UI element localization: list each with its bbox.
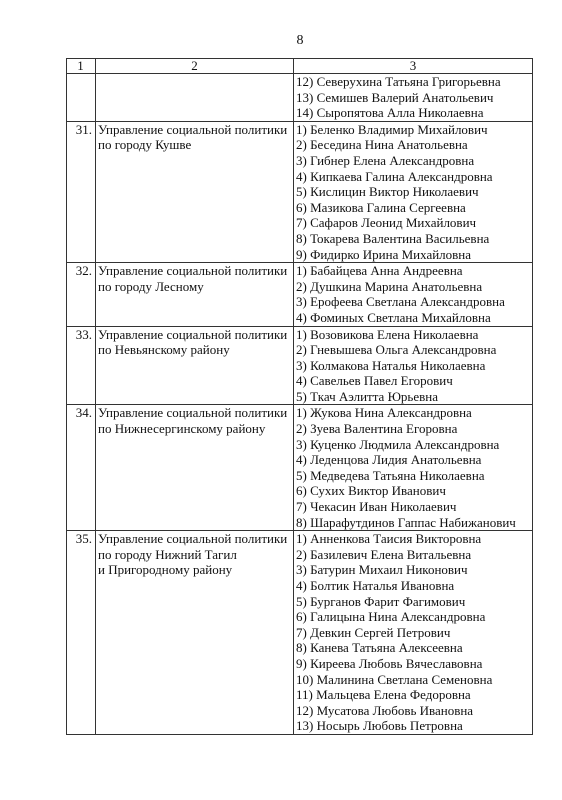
table-row: 32.Управление социальной политикипо горо… [67, 263, 533, 326]
member-name: 1) Жукова Нина Александровна [296, 405, 530, 421]
header-col-1: 1 [67, 59, 96, 74]
member-name: 4) Леденцова Лидия Анатольевна [296, 452, 530, 468]
row-number: 34. [67, 405, 96, 531]
header-col-3: 3 [294, 59, 533, 74]
member-name: 2) Беседина Нина Анатольевна [296, 137, 530, 153]
member-name: 3) Гибнер Елена Александровна [296, 153, 530, 169]
organization-line: Управление социальной политики [98, 122, 291, 138]
member-name: 4) Болтик Наталья Ивановна [296, 578, 530, 594]
organization-line: Управление социальной политики [98, 531, 291, 547]
member-name: 3) Батурин Михаил Никонович [296, 562, 530, 578]
member-name: 4) Савельев Павел Егорович [296, 373, 530, 389]
member-name: 12) Северухина Татьяна Григорьевна [296, 74, 530, 90]
members-cell: 1) Жукова Нина Александровна2) Зуева Вал… [294, 405, 533, 531]
organization-line: по Нижнесергинскому району [98, 421, 291, 437]
member-name: 13) Носырь Любовь Петровна [296, 718, 530, 734]
organization-cell: Управление социальной политикипо городу … [96, 263, 294, 326]
page-number: 8 [0, 33, 562, 49]
organization-line: и Пригородному району [98, 562, 291, 578]
members-cell: 1) Возовикова Елена Николаевна2) Гневыше… [294, 326, 533, 405]
member-name: 13) Семишев Валерий Анатольевич [296, 90, 530, 106]
organization-cell: Управление социальной политикипо Нижнесе… [96, 405, 294, 531]
organization-cell: Управление социальной политикипо городу … [96, 121, 294, 262]
member-name: 12) Мусатова Любовь Ивановна [296, 703, 530, 719]
row-number: 32. [67, 263, 96, 326]
member-name: 3) Куценко Людмила Александровна [296, 437, 530, 453]
table-header-row: 1 2 3 [67, 59, 533, 74]
member-name: 3) Колмакова Наталья Николаевна [296, 358, 530, 374]
member-name: 1) Анненкова Таисия Викторовна [296, 531, 530, 547]
members-cell: 1) Бабайцева Анна Андреевна2) Душкина Ма… [294, 263, 533, 326]
member-name: 1) Бабайцева Анна Андреевна [296, 263, 530, 279]
member-name: 7) Чекасин Иван Николаевич [296, 499, 530, 515]
member-name: 5) Ткач Аэлитта Юрьевна [296, 389, 530, 405]
organization-cell: Управление социальной политикипо Невьянс… [96, 326, 294, 405]
table-row: 33.Управление социальной политикипо Невь… [67, 326, 533, 405]
member-name: 1) Возовикова Елена Николаевна [296, 327, 530, 343]
member-name: 5) Бурганов Фарит Фагимович [296, 594, 530, 610]
member-name: 2) Гневышева Ольга Александровна [296, 342, 530, 358]
table-row: 12) Северухина Татьяна Григорьевна13) Се… [67, 74, 533, 122]
member-name: 3) Ерофеева Светлана Александровна [296, 294, 530, 310]
organization-line: по Невьянскому району [98, 342, 291, 358]
member-name: 2) Душкина Марина Анатольевна [296, 279, 530, 295]
member-name: 9) Фидирко Ирина Михайловна [296, 247, 530, 263]
members-cell: 1) Анненкова Таисия Викторовна2) Базилев… [294, 531, 533, 735]
member-name: 4) Фоминых Светлана Михайловна [296, 310, 530, 326]
member-name: 9) Киреева Любовь Вячеславовна [296, 656, 530, 672]
member-name: 6) Галицына Нина Александровна [296, 609, 530, 625]
organization-line: Управление социальной политики [98, 405, 291, 421]
organization-line: по городу Кушве [98, 137, 291, 153]
member-name: 1) Беленко Владимир Михайлович [296, 122, 530, 138]
member-name: 8) Токарева Валентина Васильевна [296, 231, 530, 247]
table-row: 35.Управление социальной политикипо горо… [67, 531, 533, 735]
commission-table: 1 2 3 12) Северухина Татьяна Григорьевна… [66, 58, 533, 735]
member-name: 6) Сухих Виктор Иванович [296, 483, 530, 499]
row-number [67, 74, 96, 122]
organization-cell: Управление социальной политикипо городу … [96, 531, 294, 735]
member-name: 5) Медведева Татьяна Николаевна [296, 468, 530, 484]
organization-line: Управление социальной политики [98, 263, 291, 279]
member-name: 4) Кипкаева Галина Александровна [296, 169, 530, 185]
member-name: 8) Шарафутдинов Гаппас Набижанович [296, 515, 530, 531]
organization-line: Управление социальной политики [98, 327, 291, 343]
member-name: 8) Канева Татьяна Алексеевна [296, 640, 530, 656]
organization-line: по городу Нижний Тагил [98, 547, 291, 563]
member-name: 2) Базилевич Елена Витальевна [296, 547, 530, 563]
member-name: 7) Девкин Сергей Петрович [296, 625, 530, 641]
member-name: 5) Кислицин Виктор Николаевич [296, 184, 530, 200]
member-name: 10) Малинина Светлана Семеновна [296, 672, 530, 688]
organization-line: по городу Лесному [98, 279, 291, 295]
member-name: 7) Сафаров Леонид Михайлович [296, 215, 530, 231]
header-col-2: 2 [96, 59, 294, 74]
table-row: 31.Управление социальной политикипо горо… [67, 121, 533, 262]
member-name: 6) Мазикова Галина Сергеевна [296, 200, 530, 216]
table-row: 34.Управление социальной политикипо Нижн… [67, 405, 533, 531]
member-name: 14) Сыропятова Алла Николаевна [296, 105, 530, 121]
row-number: 35. [67, 531, 96, 735]
row-number: 33. [67, 326, 96, 405]
organization-cell [96, 74, 294, 122]
member-name: 2) Зуева Валентина Егоровна [296, 421, 530, 437]
member-name: 11) Мальцева Елена Федоровна [296, 687, 530, 703]
row-number: 31. [67, 121, 96, 262]
members-cell: 1) Беленко Владимир Михайлович2) Беседин… [294, 121, 533, 262]
members-cell: 12) Северухина Татьяна Григорьевна13) Се… [294, 74, 533, 122]
